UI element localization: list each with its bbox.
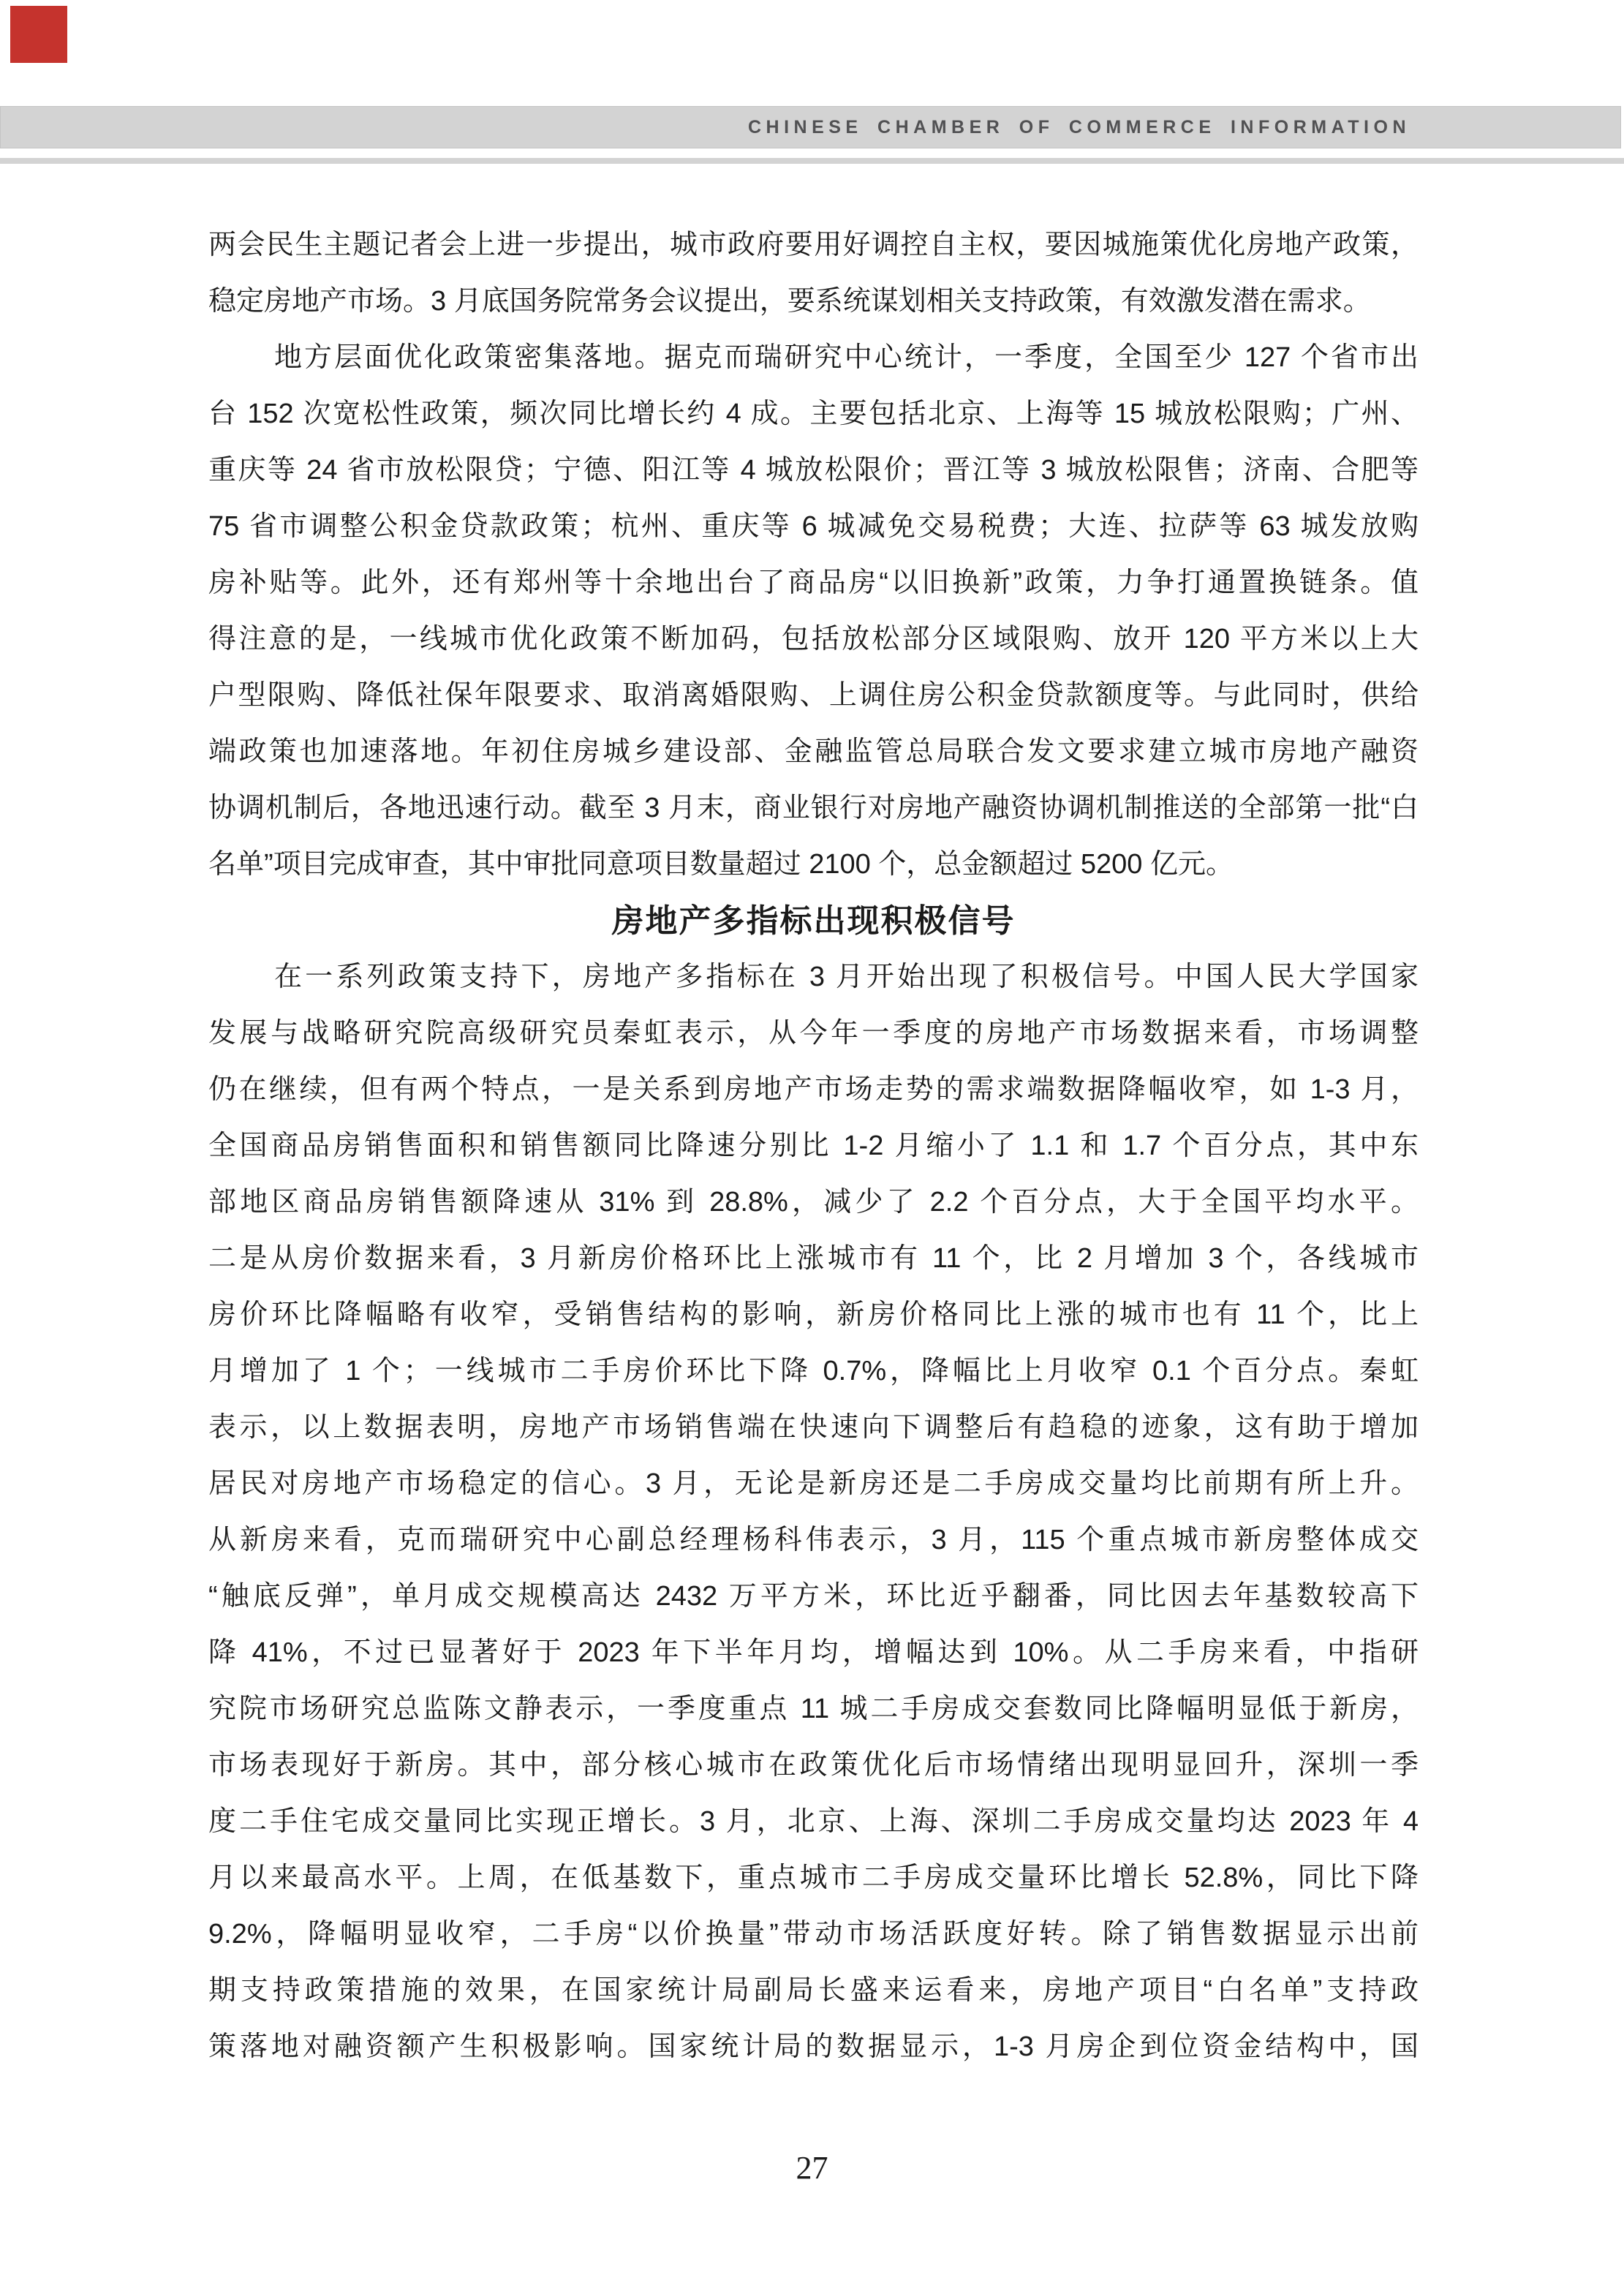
body-line: 两会民生主题记者会上进一步提出，城市政府要用好调控自主权，要因城施策优化房地产政… <box>208 217 1419 273</box>
body-line: 得注意的是，一线城市优化政策不断加码，包括放松部分区域限购、放开 120 平方米… <box>208 611 1419 668</box>
body-line: 居民对房地产市场稳定的信心。3 月，无论是新房还是二手房成交量均比前期有所上升。 <box>208 1456 1419 1512</box>
body-line: 策落地对融资额产生积极影响。国家统计局的数据显示，1-3 月房企到位资金结构中，… <box>208 2019 1419 2075</box>
body-line: 月增加了 1 个；一线城市二手房价环比下降 0.7%，降幅比上月收窄 0.1 个… <box>208 1343 1419 1400</box>
body-line: 重庆等 24 省市放松限贷；宁德、阳江等 4 城放松限价；晋江等 3 城放松限售… <box>208 442 1419 499</box>
body-line: 市场表现好于新房。其中，部分核心城市在政策优化后市场情绪出现明显回升，深圳一季 <box>208 1737 1419 1794</box>
page-number: 27 <box>0 2146 1624 2190</box>
body-line: 从新房来看，克而瑞研究中心副总经理杨科伟表示，3 月，115 个重点城市新房整体… <box>208 1512 1419 1569</box>
body-line: 全国商品房销售面积和销售额同比降速分别比 1-2 月缩小了 1.1 和 1.7 … <box>208 1118 1419 1174</box>
body-line: 在一系列政策支持下，房地产多指标在 3 月开始出现了积极信号。中国人民大学国家 <box>208 949 1419 1005</box>
header-banner: CHINESE CHAMBER OF COMMERCE INFORMATION <box>0 106 1621 148</box>
body-line: 75 省市调整公积金贷款政策；杭州、重庆等 6 城减免交易税费；大连、拉萨等 6… <box>208 499 1419 555</box>
body-line: 9.2%，降幅明显收窄，二手房“以价换量”带动市场活跃度好转。除了销售数据显示出… <box>208 1906 1419 1963</box>
body-line: 发展与战略研究院高级研究员秦虹表示，从今年一季度的房地产市场数据来看，市场调整 <box>208 1005 1419 1062</box>
body-line: 期支持政策措施的效果，在国家统计局副局长盛来运看来，房地产项目“白名单”支持政 <box>208 1963 1419 2019</box>
body-line: 台 152 次宽松性政策，频次同比增长约 4 成。主要包括北京、上海等 15 城… <box>208 386 1419 442</box>
body-line: 部地区商品房销售额降速从 31% 到 28.8%，减少了 2.2 个百分点，大于… <box>208 1174 1419 1231</box>
body-line: 名单”项目完成审查，其中审批同意项目数量超过 2100 个，总金额超过 5200… <box>208 837 1419 893</box>
article-body: 两会民生主题记者会上进一步提出，城市政府要用好调控自主权，要因城施策优化房地产政… <box>208 217 1419 2075</box>
body-line: 户型限购、降低社保年限要求、取消离婚限购、上调住房公积金贷款额度等。与此同时，供… <box>208 668 1419 724</box>
body-line: 仍在继续，但有两个特点，一是关系到房地产市场走势的需求端数据降幅收窄，如 1-3… <box>208 1062 1419 1118</box>
body-line: 降 41%，不过已显著好于 2023 年下半年月均，增幅达到 10%。从二手房来… <box>208 1625 1419 1681</box>
body-line: 稳定房地产市场。3 月底国务院常务会议提出，要系统谋划相关支持政策，有效激发潜在… <box>208 273 1419 330</box>
body-line: 端政策也加速落地。年初住房城乡建设部、金融监管总局联合发文要求建立城市房地产融资 <box>208 724 1419 780</box>
body-line: 房价环比降幅略有收窄，受销售结构的影响，新房价格同比上涨的城市也有 11 个，比… <box>208 1287 1419 1343</box>
body-line: “触底反弹”，单月成交规模高达 2432 万平方米，环比近乎翻番，同比因去年基数… <box>208 1569 1419 1625</box>
header-banner-title: CHINESE CHAMBER OF COMMERCE INFORMATION <box>748 107 1410 148</box>
document-page: { "page": { "number": "27" }, "header": … <box>0 0 1624 2272</box>
body-line: 地方层面优化政策密集落地。据克而瑞研究中心统计，一季度，全国至少 127 个省市… <box>208 330 1419 386</box>
body-line: 月以来最高水平。上周，在低基数下，重点城市二手房成交量环比增长 52.8%，同比… <box>208 1850 1419 1906</box>
body-line: 表示，以上数据表明，房地产市场销售端在快速向下调整后有趋稳的迹象，这有助于增加 <box>208 1400 1419 1456</box>
section-heading: 房地产多指标出现积极信号 <box>208 893 1419 949</box>
body-line: 房补贴等。此外，还有郑州等十余地出台了商品房“以旧换新”政策，力争打通置换链条。… <box>208 555 1419 611</box>
red-corner-marker <box>10 6 67 63</box>
body-line: 度二手住宅成交量同比实现正增长。3 月，北京、上海、深圳二手房成交量均达 202… <box>208 1794 1419 1850</box>
header-divider-bar <box>0 158 1624 164</box>
body-line: 协调机制后，各地迅速行动。截至 3 月末，商业银行对房地产融资协调机制推送的全部… <box>208 780 1419 837</box>
body-line: 究院市场研究总监陈文静表示，一季度重点 11 城二手房成交套数同比降幅明显低于新… <box>208 1681 1419 1737</box>
body-line: 二是从房价数据来看，3 月新房价格环比上涨城市有 11 个，比 2 月增加 3 … <box>208 1231 1419 1287</box>
